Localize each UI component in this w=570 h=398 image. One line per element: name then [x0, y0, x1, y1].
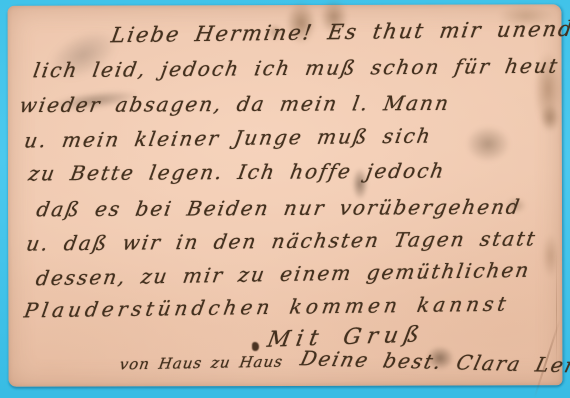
paper-crease: [556, 250, 557, 370]
ink-smudge: [466, 126, 510, 162]
ink-speck: [252, 342, 259, 351]
handwriting-line-3: wieder absagen, da mein l. Mann: [18, 91, 452, 117]
handwriting-line-2: lich leid, jedoch ich muß schon für heut: [32, 54, 561, 83]
stain-right-edge: [540, 104, 560, 132]
handwriting-line-6: daß es bei Beiden nur vorübergehend: [35, 195, 523, 222]
handwriting-line-4: u. mein kleiner Junge muß sich: [23, 124, 434, 153]
closing-left-phrase: von Haus zu Haus: [118, 353, 284, 374]
handwriting-line-5: zu Bette legen. Ich hoffe jedoch: [27, 159, 448, 186]
ink-blot-signature: [426, 346, 454, 370]
postcard-scan: Liebe Hermine! Es thut mir unend- lich l…: [0, 0, 570, 398]
ink-smudge: [352, 168, 368, 200]
